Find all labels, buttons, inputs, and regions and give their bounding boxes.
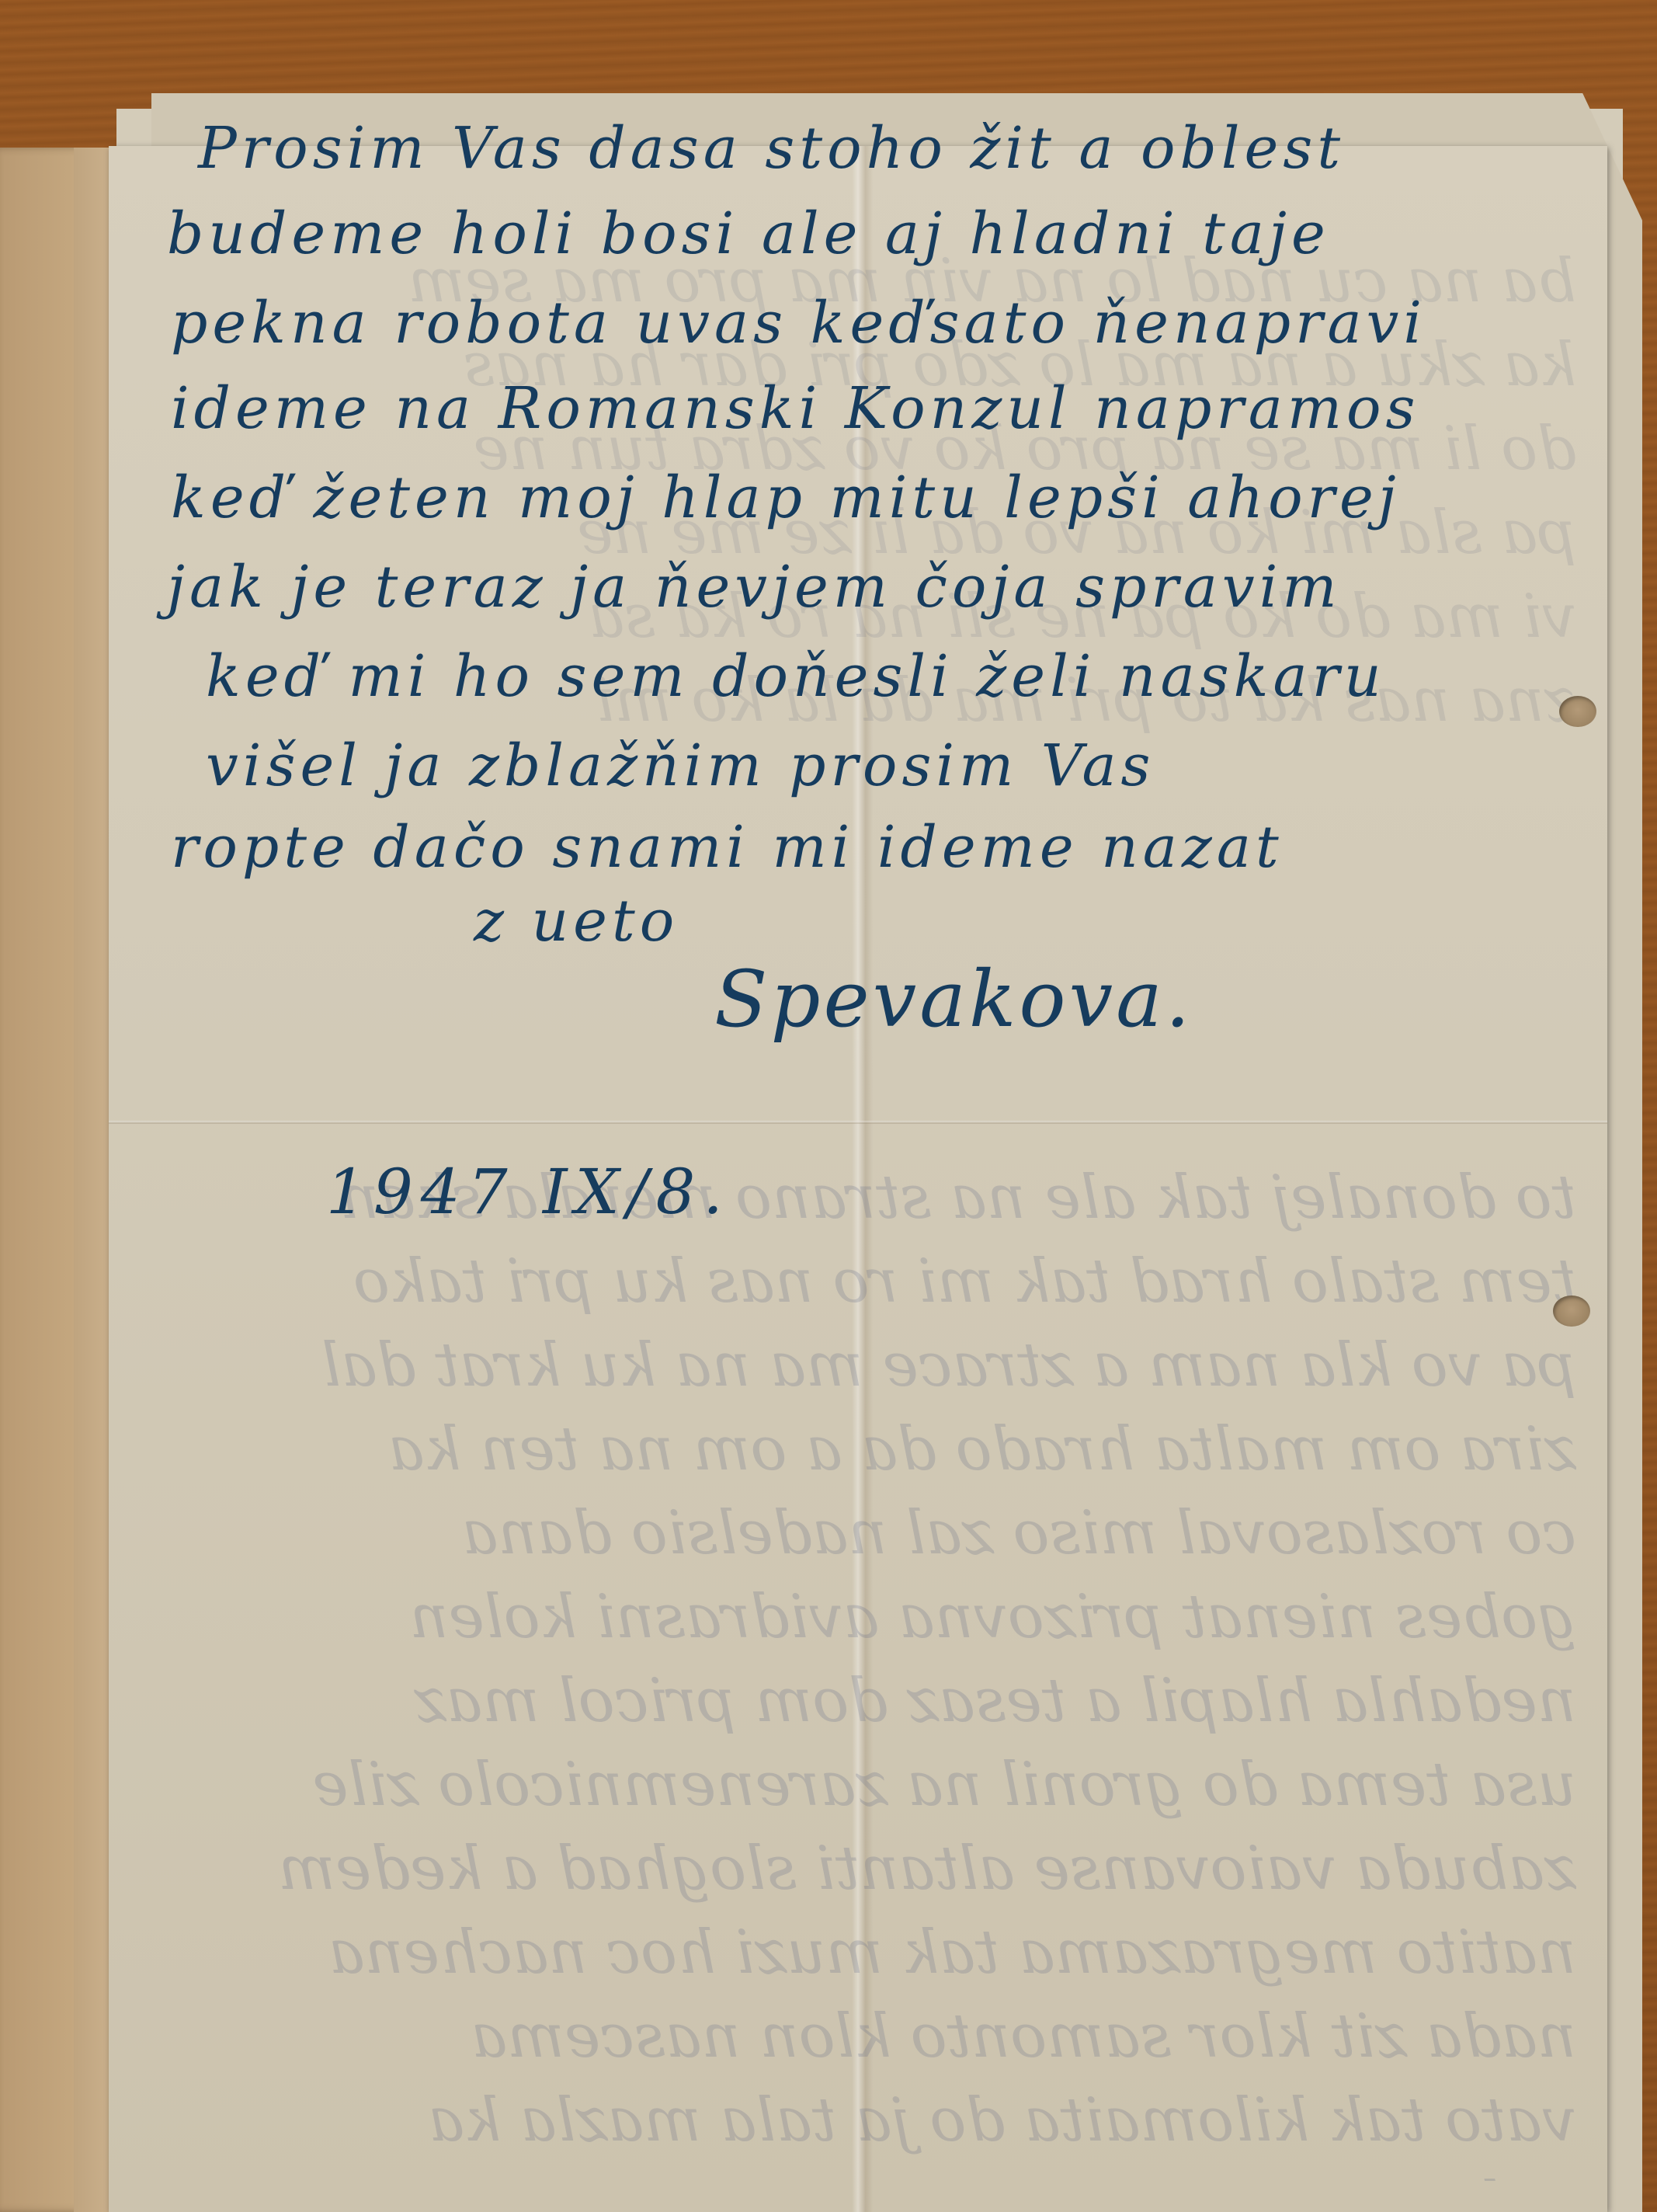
punch-hole-lower: [1553, 1296, 1590, 1327]
letter-page: ba na cu nad lo na vin ma pro ma sem ka …: [109, 146, 1607, 2212]
letter-signature: Spevakova.: [714, 954, 1193, 1045]
letter-line-8: višel ja zblažňim prosim Vas: [206, 732, 1155, 799]
letter-line-1: Prosim Vas dasa stoho žit a oblest: [198, 115, 1345, 182]
letter-date: 1947 IX/8.: [326, 1156, 731, 1228]
letter-line-7: keď mi ho sem doňesli želi naskaru: [206, 643, 1386, 710]
letter-line-9: ropte dačo snami mi ideme nazat: [171, 814, 1284, 881]
letter-line-3: pekna robota uvas keďsato ňenapravi: [171, 290, 1426, 356]
letter-line-4: ideme na Romanski Konzul napramos: [171, 375, 1420, 442]
letter-line-2: budeme holi bosi ale aj hladni taje: [167, 200, 1330, 267]
punch-hole-upper: [1559, 696, 1596, 727]
bleed-through-text-lower: to donalej tak ale na strano merala skan…: [140, 1156, 1576, 2181]
letter-closing: z ueto: [474, 888, 679, 955]
letter-line-6: jak je teraz ja ňevjem čoja spravim: [167, 554, 1342, 621]
letter-line-5: keď žeten moj hlap mitu lepši ahorej: [171, 464, 1401, 531]
horizontal-fold-crease: [109, 1121, 1607, 1124]
